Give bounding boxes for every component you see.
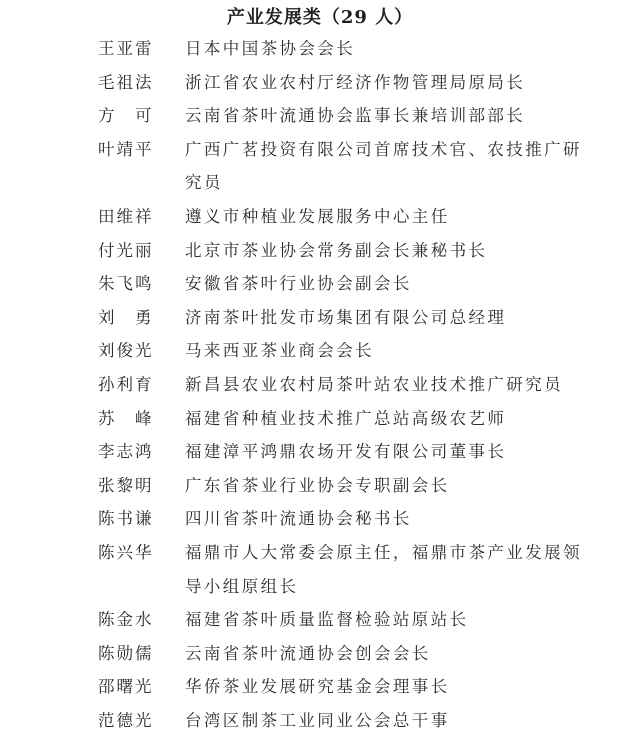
list-item: 苏 峰 福建省种植业技术推广总站高级农艺师 xyxy=(0,402,640,436)
member-name: 李志鸿 xyxy=(98,435,185,469)
list-item: 朱飞鸣 安徽省茶叶行业协会副会长 xyxy=(0,267,640,301)
member-name: 陈金水 xyxy=(98,603,185,637)
member-name: 张黎明 xyxy=(98,469,185,503)
document-page: 产业发展类（29 人） 王亚雷 日本中国茶协会会长 毛祖法 浙江省农业农村厅经济… xyxy=(0,0,640,736)
member-name: 孙利育 xyxy=(98,368,185,402)
member-role: 福建省茶叶质量监督检验站原站长 xyxy=(185,603,595,637)
member-role: 广西广茗投资有限公司首席技术官、农技推广研究员 xyxy=(185,133,595,200)
list-item: 叶靖平 广西广茗投资有限公司首席技术官、农技推广研究员 xyxy=(0,133,640,200)
list-item: 邵曙光 华侨茶业发展研究基金会理事长 xyxy=(0,670,640,704)
list-item: 付光丽 北京市茶业协会常务副会长兼秘书长 xyxy=(0,234,640,268)
member-name: 范德光 xyxy=(98,704,185,736)
section-title: 产业发展类（29 人） xyxy=(0,4,640,32)
member-role: 台湾区制茶工业同业公会总干事 xyxy=(185,704,595,736)
list-item: 陈书谦 四川省茶叶流通协会秘书长 xyxy=(0,502,640,536)
member-name: 田维祥 xyxy=(98,200,185,234)
member-name: 苏 峰 xyxy=(98,402,185,436)
member-role: 福鼎市人大常委会原主任，福鼎市茶产业发展领导小组原组长 xyxy=(185,536,595,603)
member-role: 新昌县农业农村局茶叶站农业技术推广研究员 xyxy=(185,368,595,402)
member-name: 邵曙光 xyxy=(98,670,185,704)
list-item: 刘 勇 济南茶叶批发市场集团有限公司总经理 xyxy=(0,301,640,335)
member-name: 朱飞鸣 xyxy=(98,267,185,301)
member-name: 陈兴华 xyxy=(98,536,185,570)
member-role: 福建漳平鸿鼎农场开发有限公司董事长 xyxy=(185,435,595,469)
member-name: 叶靖平 xyxy=(98,133,185,167)
list-item: 李志鸿 福建漳平鸿鼎农场开发有限公司董事长 xyxy=(0,435,640,469)
member-role: 北京市茶业协会常务副会长兼秘书长 xyxy=(185,234,595,268)
list-item: 张黎明 广东省茶业行业协会专职副会长 xyxy=(0,469,640,503)
list-item: 毛祖法 浙江省农业农村厅经济作物管理局原局长 xyxy=(0,66,640,100)
member-name: 王亚雷 xyxy=(98,32,185,66)
member-role: 遵义市种植业发展服务中心主任 xyxy=(185,200,595,234)
member-role: 日本中国茶协会会长 xyxy=(185,32,595,66)
member-role: 云南省茶叶流通协会监事长兼培训部部长 xyxy=(185,99,595,133)
member-role: 四川省茶叶流通协会秘书长 xyxy=(185,502,595,536)
list-item: 陈兴华 福鼎市人大常委会原主任，福鼎市茶产业发展领导小组原组长 xyxy=(0,536,640,603)
member-role: 济南茶叶批发市场集团有限公司总经理 xyxy=(185,301,595,335)
list-item: 刘俊光 马来西亚茶业商会会长 xyxy=(0,334,640,368)
member-role: 浙江省农业农村厅经济作物管理局原局长 xyxy=(185,66,595,100)
list-item: 范德光 台湾区制茶工业同业公会总干事 xyxy=(0,704,640,736)
list-item: 陈勋儒 云南省茶叶流通协会创会会长 xyxy=(0,637,640,671)
list-item: 田维祥 遵义市种植业发展服务中心主任 xyxy=(0,200,640,234)
list-item: 陈金水 福建省茶叶质量监督检验站原站长 xyxy=(0,603,640,637)
member-role: 华侨茶业发展研究基金会理事长 xyxy=(185,670,595,704)
member-role: 广东省茶业行业协会专职副会长 xyxy=(185,469,595,503)
member-role: 马来西亚茶业商会会长 xyxy=(185,334,595,368)
list-item: 王亚雷 日本中国茶协会会长 xyxy=(0,32,640,66)
member-name: 陈勋儒 xyxy=(98,637,185,671)
member-name: 陈书谦 xyxy=(98,502,185,536)
member-name: 方 可 xyxy=(98,99,185,133)
member-list: 王亚雷 日本中国茶协会会长 毛祖法 浙江省农业农村厅经济作物管理局原局长 方 可… xyxy=(0,32,640,736)
member-name: 刘 勇 xyxy=(98,301,185,335)
member-role: 安徽省茶叶行业协会副会长 xyxy=(185,267,595,301)
list-item: 孙利育 新昌县农业农村局茶叶站农业技术推广研究员 xyxy=(0,368,640,402)
member-name: 毛祖法 xyxy=(98,66,185,100)
member-name: 付光丽 xyxy=(98,234,185,268)
member-role: 云南省茶叶流通协会创会会长 xyxy=(185,637,595,671)
list-item: 方 可 云南省茶叶流通协会监事长兼培训部部长 xyxy=(0,99,640,133)
member-name: 刘俊光 xyxy=(98,334,185,368)
member-role: 福建省种植业技术推广总站高级农艺师 xyxy=(185,402,595,436)
